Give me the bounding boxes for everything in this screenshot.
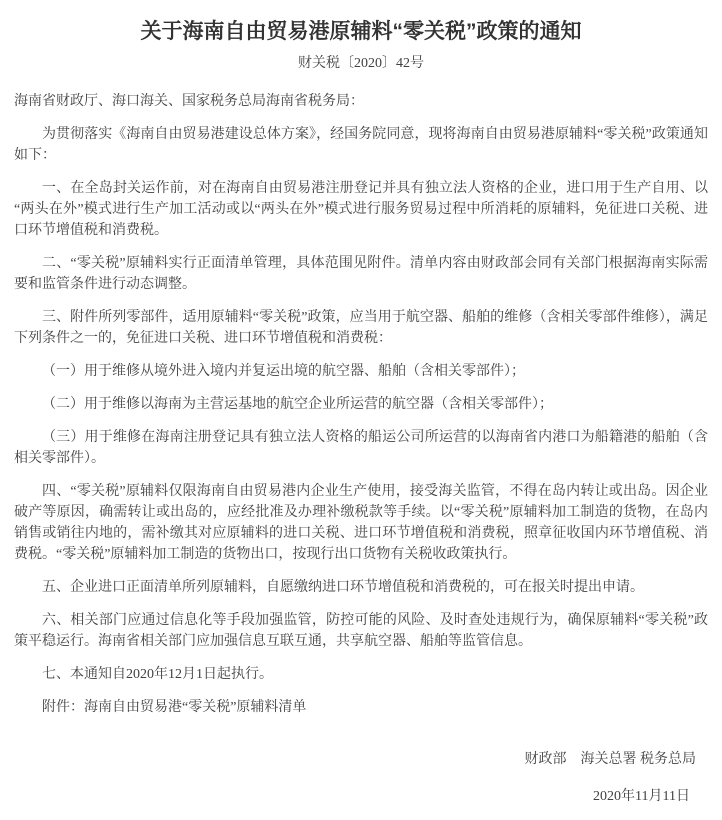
attachment-line: 附件：海南自由贸易港“零关税”原辅料清单 (14, 697, 708, 718)
document-number: 财关税〔2020〕42号 (14, 56, 708, 71)
paragraph-item-1: 一、在全岛封关运作前，对在海南自由贸易港注册登记并具有独立法人资格的企业，进口用… (14, 178, 708, 241)
paragraph-item-7: 七、本通知自2020年12月1日起执行。 (14, 664, 708, 685)
document-date: 2020年11月11日 (14, 786, 708, 807)
paragraph-item-2: 二、“零关税”原辅料实行正面清单管理，具体范围见附件。清单内容由财政部会同有关部… (14, 253, 708, 295)
paragraph-item-6: 六、相关部门应通过信息化等手段加强监管，防控可能的风险、及时查处违规行为，确保原… (14, 610, 708, 652)
issuing-agencies: 财政部 海关总署 税务总局 (14, 749, 708, 770)
paragraph-subitem-3-1: （一）用于维修从境外进入境内并复运出境的航空器、船舶（含相关零部件）； (14, 361, 708, 382)
document-page: 关于海南自由贸易港原辅料“零关税”政策的通知 财关税〔2020〕42号 海南省财… (0, 0, 722, 820)
document-body: 海南省财政厅、海口海关、国家税务总局海南省税务局： 为贯彻落实《海南自由贸易港建… (14, 91, 708, 718)
paragraph-item-3: 三、附件所列零部件，适用原辅料“零关税”政策，应当用于航空器、船舶的维修（含相关… (14, 307, 708, 349)
document-title: 关于海南自由贸易港原辅料“零关税”政策的通知 (14, 20, 708, 43)
addressee-line: 海南省财政厅、海口海关、国家税务总局海南省税务局： (14, 91, 708, 112)
paragraph-subitem-3-2: （二）用于维修以海南为主营运基地的航空企业所运营的航空器（含相关零部件）； (14, 394, 708, 415)
paragraph-intro: 为贯彻落实《海南自由贸易港建设总体方案》，经国务院同意，现将海南自由贸易港原辅料… (14, 124, 708, 166)
paragraph-item-5: 五、企业进口正面清单所列原辅料，自愿缴纳进口环节增值税和消费税的，可在报关时提出… (14, 577, 708, 598)
paragraph-item-4: 四、“零关税”原辅料仅限海南自由贸易港内企业生产使用，接受海关监管，不得在岛内转… (14, 481, 708, 565)
paragraph-subitem-3-3: （三）用于维修在海南注册登记具有独立法人资格的船运公司所运营的以海南省内港口为船… (14, 427, 708, 469)
